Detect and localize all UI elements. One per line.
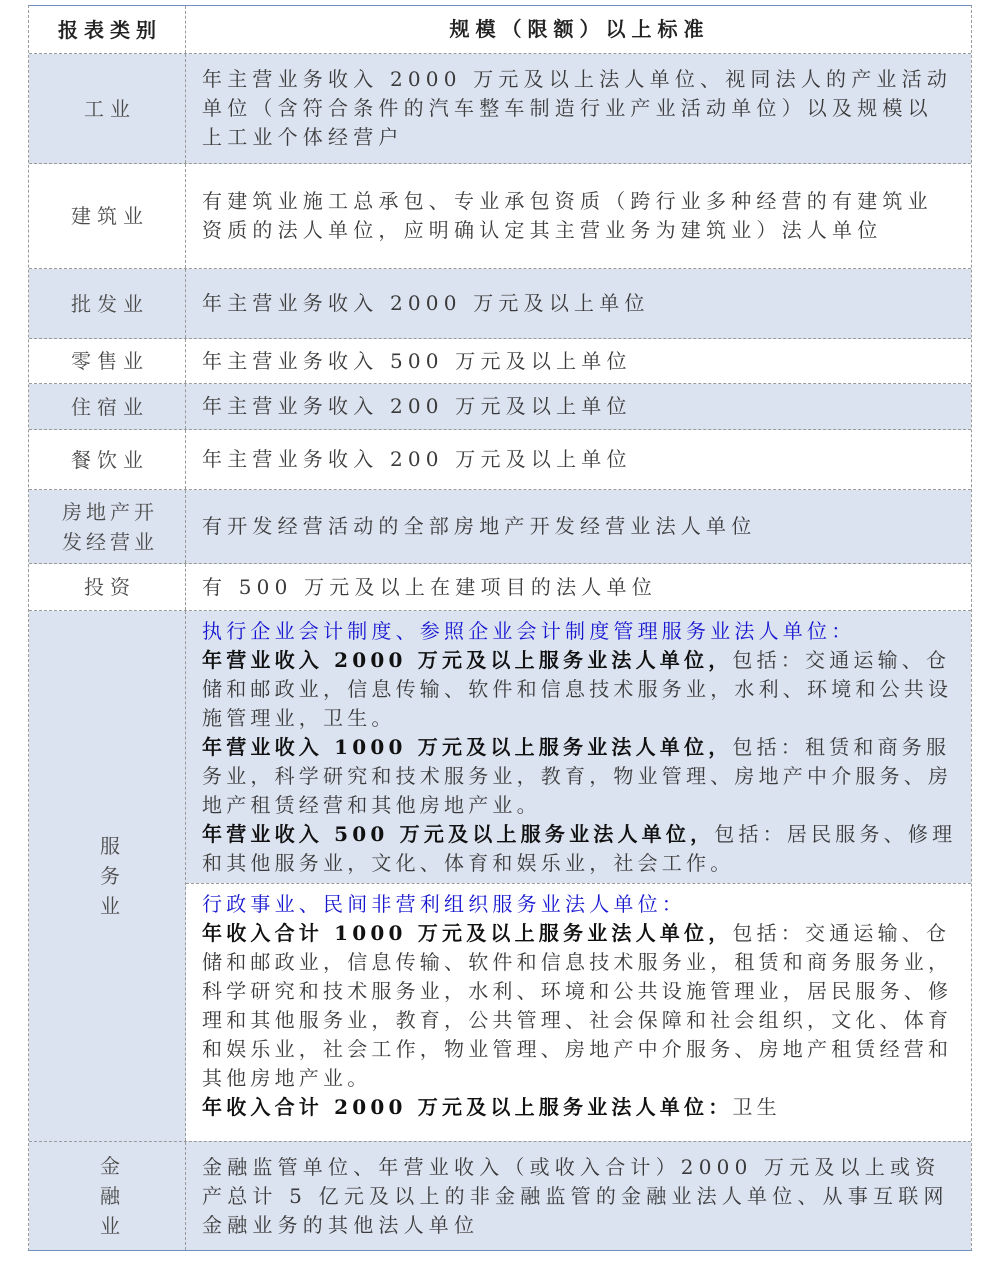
table-row-retail: 零售业 年主营业务收入 500 万元及以上单位 [29, 339, 971, 384]
row-category: 零售业 [29, 339, 186, 383]
header-standard: 规模（限额）以上标准 [186, 6, 971, 53]
row-standard: 金融监管单位、年营业收入（或收入合计）2000 万元及以上或资产总计 5 亿元及… [186, 1142, 971, 1250]
table-row-construction: 建筑业 有建筑业施工总承包、专业承包资质（跨行业多种经营的有建筑业资质的法人单位… [29, 164, 971, 269]
row-category-text: 房地产开发经营业 [55, 497, 165, 557]
row-standard: 年主营业务收入 200 万元及以上单位 [186, 384, 971, 429]
table-row-investment: 投资 有 500 万元及以上在建项目的法人单位 [29, 564, 971, 611]
row-category: 投资 [29, 564, 186, 610]
row-category-text: 服务业 [98, 831, 122, 921]
services-enterprise-block: 执行企业会计制度、参照企业会计制度管理服务业法人单位： 年营业收入 2000 万… [186, 611, 971, 883]
row-standard: 有开发经营活动的全部房地产开发经营业法人单位 [186, 490, 971, 563]
header-category: 报表类别 [29, 6, 186, 53]
scale-standard-table: 报表类别 规模（限额）以上标准 工业 年主营业务收入 2000 万元及以上法人单… [28, 5, 972, 1251]
row-category: 服务业 [29, 611, 186, 1141]
row-category: 房地产开发经营业 [29, 490, 186, 563]
table-row-wholesale: 批发业 年主营业务收入 2000 万元及以上单位 [29, 269, 971, 339]
row-category: 金融业 [29, 1142, 186, 1250]
row-category-text: 金融业 [98, 1151, 122, 1241]
table-row-catering: 餐饮业 年主营业务收入 200 万元及以上单位 [29, 430, 971, 490]
row-standard: 有 500 万元及以上在建项目的法人单位 [186, 564, 971, 610]
item-lead: 年营业收入 2000 万元及以上服务业法人单位， [202, 648, 732, 672]
row-category: 餐饮业 [29, 430, 186, 489]
services-standards: 执行企业会计制度、参照企业会计制度管理服务业法人单位： 年营业收入 2000 万… [186, 611, 971, 1141]
row-standard: 年主营业务收入 500 万元及以上单位 [186, 339, 971, 383]
item-lead: 年收入合计 2000 万元及以上服务业法人单位： [202, 1095, 732, 1119]
row-standard: 有建筑业施工总承包、专业承包资质（跨行业多种经营的有建筑业资质的法人单位，应明确… [186, 164, 971, 268]
table-row-industry: 工业 年主营业务收入 2000 万元及以上法人单位、视同法人的产业活动单位（含符… [29, 54, 971, 164]
services-nonprofit-block: 行政事业、民间非营利组织服务业法人单位： 年收入合计 1000 万元及以上服务业… [186, 883, 971, 1141]
block-title: 执行企业会计制度、参照企业会计制度管理服务业法人单位： [202, 617, 957, 646]
item-lead: 年收入合计 1000 万元及以上服务业法人单位， [202, 921, 732, 945]
row-category: 建筑业 [29, 164, 186, 268]
item-lead: 年营业收入 500 万元及以上服务业法人单位， [202, 822, 714, 846]
table-header: 报表类别 规模（限额）以上标准 [29, 6, 971, 54]
row-category: 批发业 [29, 269, 186, 338]
item-detail: 包括：交通运输、仓储和邮政业，信息传输、软件和信息技术服务业，租赁和商务服务业，… [202, 921, 952, 1090]
item-lead: 年营业收入 1000 万元及以上服务业法人单位， [202, 735, 732, 759]
table-row-accommodation: 住宿业 年主营业务收入 200 万元及以上单位 [29, 384, 971, 430]
item-detail: 卫生 [732, 1095, 780, 1119]
table-row-real-estate: 房地产开发经营业 有开发经营活动的全部房地产开发经营业法人单位 [29, 490, 971, 564]
row-standard: 年主营业务收入 200 万元及以上单位 [186, 430, 971, 489]
row-standard: 年主营业务收入 2000 万元及以上单位 [186, 269, 971, 338]
row-category: 住宿业 [29, 384, 186, 429]
table-row-services: 服务业 执行企业会计制度、参照企业会计制度管理服务业法人单位： 年营业收入 20… [29, 611, 971, 1142]
block-title: 行政事业、民间非营利组织服务业法人单位： [202, 890, 957, 919]
row-standard: 年主营业务收入 2000 万元及以上法人单位、视同法人的产业活动单位（含符合条件… [186, 54, 971, 163]
row-category: 工业 [29, 54, 186, 163]
table-row-finance: 金融业 金融监管单位、年营业收入（或收入合计）2000 万元及以上或资产总计 5… [29, 1142, 971, 1250]
